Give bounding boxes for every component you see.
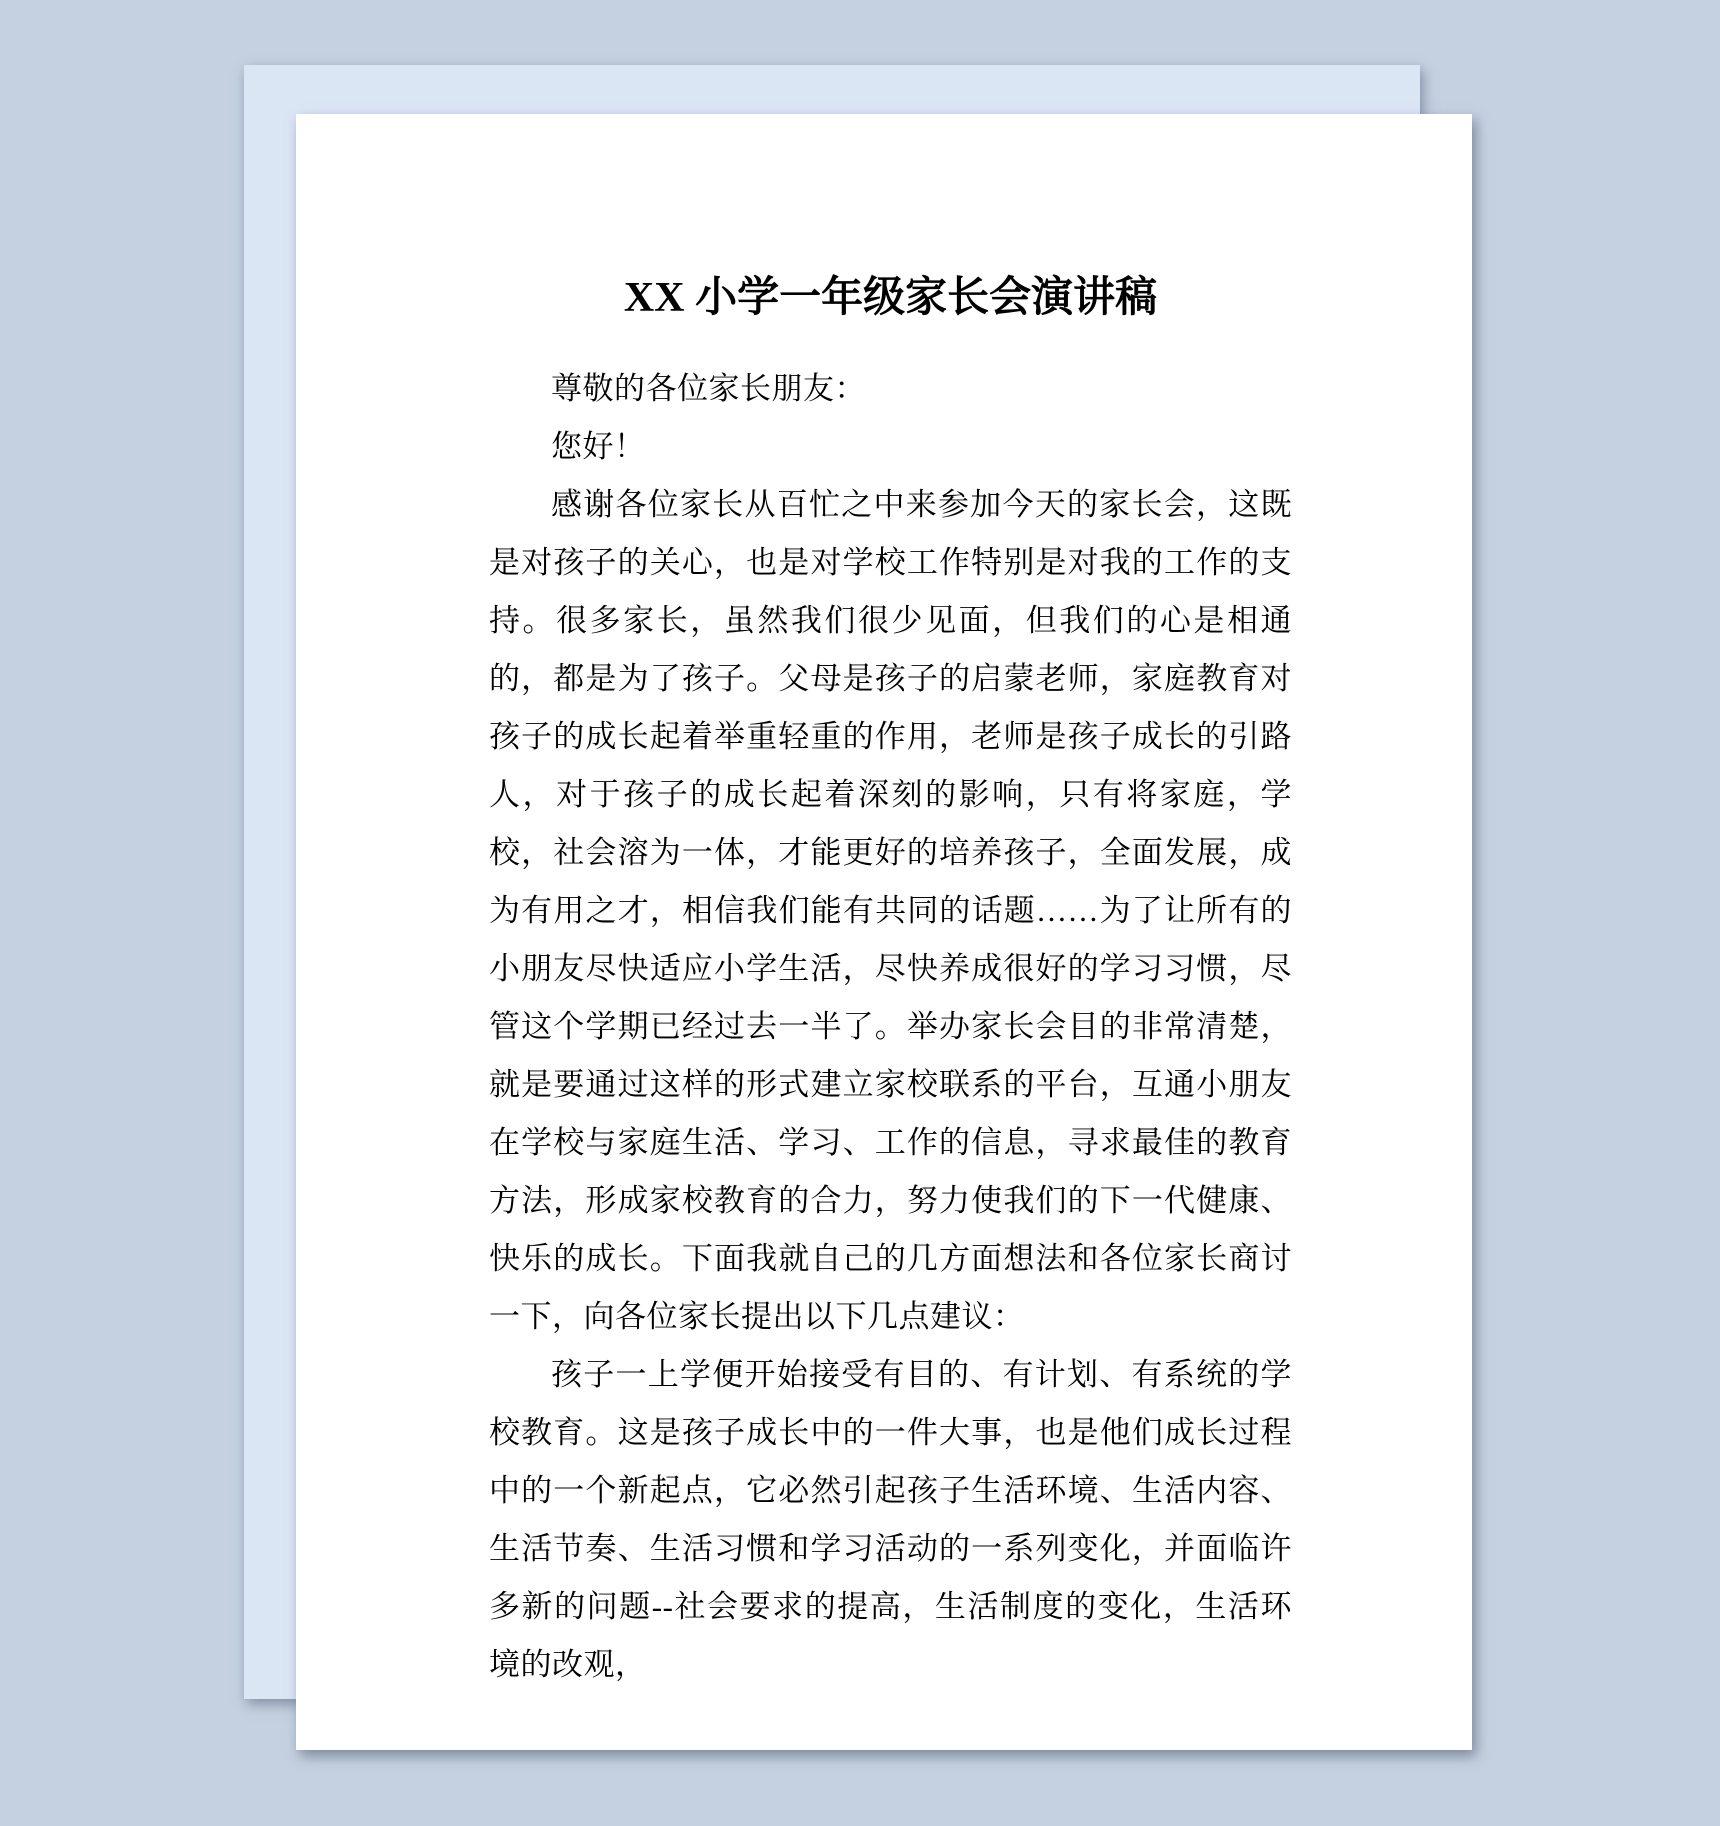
page-content: XX 小学一年级家长会演讲稿 尊敬的各位家长朋友： 您好！ 感谢各位家长从百忙之…: [296, 114, 1472, 1694]
paragraph-body-2: 孩子一上学便开始接受有目的、有计划、有系统的学校教育。这是孩子成长中的一件大事，…: [489, 1346, 1292, 1694]
paragraph-body-1: 感谢各位家长从百忙之中来参加今天的家长会，这既是对孩子的关心，也是对学校工作特别…: [489, 476, 1292, 1346]
document-title: XX 小学一年级家长会演讲稿: [489, 262, 1292, 334]
paragraph-greeting: 您好！: [489, 418, 1292, 476]
document-preview-background: XX 小学一年级家长会演讲稿 尊敬的各位家长朋友： 您好！ 感谢各位家长从百忙之…: [0, 0, 1720, 1826]
paragraph-salutation: 尊敬的各位家长朋友：: [489, 360, 1292, 418]
document-page: XX 小学一年级家长会演讲稿 尊敬的各位家长朋友： 您好！ 感谢各位家长从百忙之…: [296, 114, 1472, 1750]
